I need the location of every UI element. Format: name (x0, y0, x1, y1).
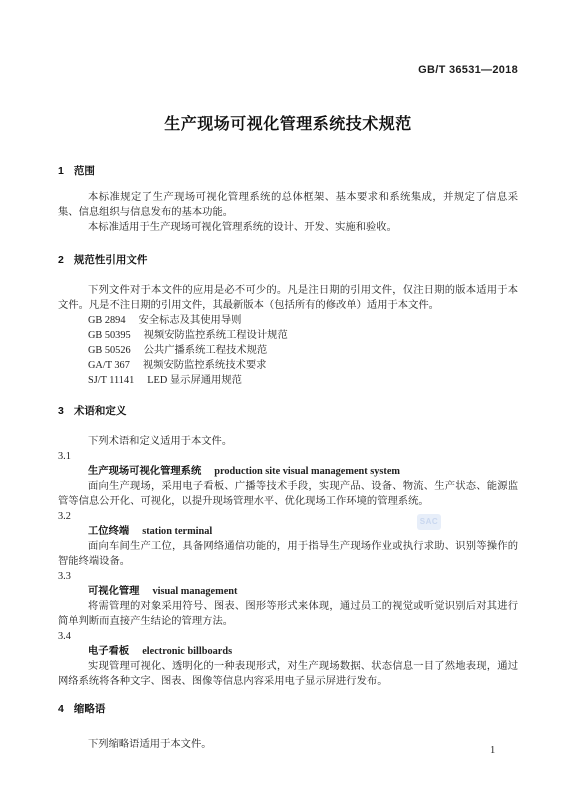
abbreviations-intro: 下列缩略语适用于本文件。 (58, 737, 518, 752)
reference-item: GB 50526公共广播系统工程技术规范 (58, 343, 518, 358)
term-definition: 面向车间生产工位，具备网络通信功能的，用于指导生产现场作业或执行求助、识别等操作… (58, 539, 518, 569)
term-name-english: electronic billboards (142, 646, 232, 657)
reference-title: 视频安防监控系统技术要求 (143, 360, 267, 371)
term-name: 生产现场可视化管理系统production site visual manage… (58, 464, 518, 479)
term-entry: 3.4 电子看板electronic billboards 实现管理可视化、透明… (58, 629, 518, 689)
standard-code: GB/T 36531—2018 (58, 63, 518, 77)
page-number: 1 (490, 744, 495, 758)
section-heading-abbreviations: 4缩略语 (58, 701, 518, 717)
term-number: 3.1 (58, 449, 518, 464)
section-heading-terms: 3术语和定义 (58, 403, 518, 419)
references-intro: 下列文件对于本文件的应用是必不可少的。凡是注日期的引用文件，仅注日期的版本适用于… (58, 283, 518, 313)
scope-paragraph: 本标准适用于生产现场可视化管理系统的设计、开发、实施和验收。 (58, 220, 518, 235)
terms-intro: 下列术语和定义适用于本文件。 (58, 434, 518, 449)
term-name-english: visual management (152, 586, 237, 597)
document-content: GB/T 36531—2018 生产现场可视化管理系统技术规范 1范围 本标准规… (58, 0, 518, 752)
section-title: 范围 (74, 165, 95, 177)
term-name-chinese: 电子看板 (88, 646, 129, 657)
reference-item: GB 2894安全标志及其使用导则 (58, 313, 518, 328)
term-definition: 面向生产现场，采用电子看板、广播等技术手段，实现产品、设备、物流、生产状态、能源… (58, 479, 518, 509)
section-number: 3 (58, 403, 64, 419)
reference-code: GB 50526 (88, 343, 131, 358)
reference-title: 安全标志及其使用导则 (138, 315, 241, 326)
section-heading-references: 2规范性引用文件 (58, 252, 518, 268)
term-name: 工位终端station terminal (58, 524, 518, 539)
section-heading-scope: 1范围 (58, 163, 518, 179)
section-title: 缩略语 (74, 703, 106, 715)
reference-code: SJ/T 11141 (88, 373, 134, 388)
term-name-english: production site visual management system (214, 466, 400, 477)
term-number: 3.3 (58, 569, 518, 584)
section-number: 1 (58, 163, 64, 179)
scope-paragraph: 本标准规定了生产现场可视化管理系统的总体框架、基本要求和系统集成，并规定了信息采… (58, 190, 518, 220)
reference-code: GB 2894 (88, 313, 125, 328)
reference-list: GB 2894安全标志及其使用导则 GB 50395视频安防监控系统工程设计规范… (58, 313, 518, 388)
reference-item: SJ/T 11141LED 显示屏通用规范 (58, 373, 518, 388)
section-number: 2 (58, 252, 64, 268)
term-definition: 实现管理可视化、透明化的一种表现形式，对生产现场数据、状态信息一目了然地表现，通… (58, 659, 518, 689)
term-number: 3.4 (58, 629, 518, 644)
term-name: 可视化管理visual management (58, 584, 518, 599)
term-definition: 将需管理的对象采用符号、图表、图形等形式来体现，通过员工的视觉或听觉识别后对其进… (58, 599, 518, 629)
term-entry: 3.3 可视化管理visual management 将需管理的对象采用符号、图… (58, 569, 518, 629)
reference-title: 公共广播系统工程技术规范 (144, 345, 268, 356)
document-page: GB/T 36531—2018 生产现场可视化管理系统技术规范 1范围 本标准规… (0, 0, 572, 811)
document-title: 生产现场可视化管理系统技术规范 (58, 115, 518, 135)
reference-code: GA/T 367 (88, 358, 130, 373)
term-name: 电子看板electronic billboards (58, 644, 518, 659)
term-name-chinese: 工位终端 (88, 526, 129, 537)
section-title: 术语和定义 (74, 405, 127, 417)
term-number: 3.2 (58, 509, 518, 524)
reference-title: 视频安防监控系统工程设计规范 (144, 330, 288, 341)
term-name-chinese: 生产现场可视化管理系统 (88, 466, 201, 477)
section-number: 4 (58, 701, 64, 717)
sac-watermark: SAC (417, 514, 441, 530)
section-title: 规范性引用文件 (74, 254, 148, 266)
term-entry: 3.1 生产现场可视化管理系统production site visual ma… (58, 449, 518, 509)
term-entry: 3.2 工位终端station terminal 面向车间生产工位，具备网络通信… (58, 509, 518, 569)
reference-title: LED 显示屏通用规范 (147, 375, 242, 386)
reference-item: GA/T 367视频安防监控系统技术要求 (58, 358, 518, 373)
term-name-english: station terminal (142, 526, 212, 537)
reference-item: GB 50395视频安防监控系统工程设计规范 (58, 328, 518, 343)
reference-code: GB 50395 (88, 328, 131, 343)
term-name-chinese: 可视化管理 (88, 586, 139, 597)
